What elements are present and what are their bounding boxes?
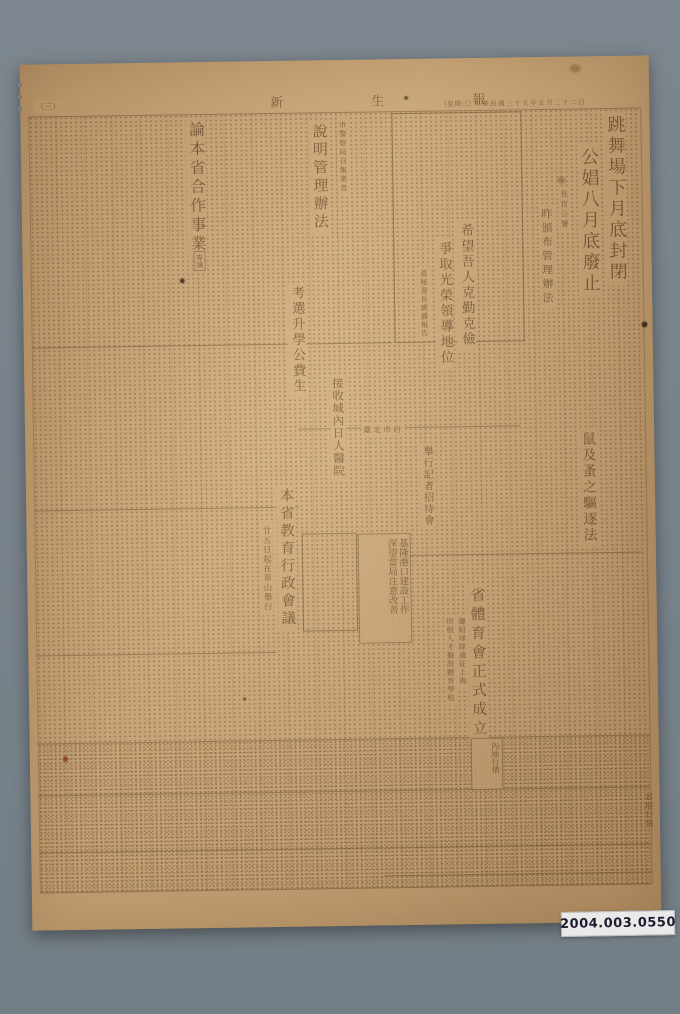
stain	[243, 697, 246, 700]
headline-hope-line2: 爭取光榮領導地位	[434, 238, 453, 368]
headline-sports-subhead2: 培植人才擬設體育學校	[444, 614, 457, 705]
mainland-market-header: 內地行情	[471, 738, 504, 790]
binder-notch	[18, 83, 22, 87]
headline-cooperation-title: 論本省合作事業	[185, 118, 207, 257]
headline-education-title: 本省教育行政會議	[276, 485, 297, 631]
headline-hope-line1: 希望吾人克勤克儉	[456, 220, 475, 350]
headline-education-subhead: 廿五日起在草山舉行	[259, 523, 273, 615]
headline-taipei-kicker: 臺北市府	[361, 423, 405, 437]
headline-dance-halls-subhead: 昨頒布管理辦法	[539, 205, 556, 309]
headline-hope-subhead: 葛秘書長廣播報告	[418, 267, 431, 341]
provincial-market-header: 省垣行情	[642, 789, 655, 831]
archive-label: 2004.003.0550	[561, 910, 675, 937]
headline-taipei-title: 舉行記者招待會	[420, 443, 436, 530]
headline-sports-title: 省體育會正式成立	[467, 584, 488, 742]
stain	[570, 64, 581, 72]
binder-notch	[18, 95, 22, 99]
headline-exam-title: 考選升學公費生	[287, 283, 306, 398]
boxed-notice	[302, 533, 358, 632]
headline-plague-title: 鼠及蚤之驅逐法	[579, 428, 599, 546]
headline-hospital-title: 接收城內日人醫院	[329, 374, 346, 480]
headline-explain-kicker: 市警察局召集業者	[336, 118, 349, 196]
stain	[404, 96, 408, 100]
headline-explain-title: 說明管理辦法	[309, 120, 330, 234]
cooperation-byline: 專論	[193, 251, 205, 271]
stain	[180, 278, 185, 283]
photo-of-archived-newspaper: { "archive_label": "2004.003.0550", "hea…	[0, 0, 680, 1014]
binder-notch	[18, 107, 22, 111]
headline-sports-subhead1: 籌組球隊遠征上海	[456, 614, 469, 688]
headline-keelung-line1: 基隆港口建設工作	[396, 538, 408, 638]
newspaper-sheet: （三） 新 生 報 （星期三） 中華民國三十五年五月二十二日 跳舞場下月底封閉 …	[20, 55, 662, 930]
headline-dance-halls-line2: 公娼八月底廢止	[577, 144, 601, 297]
red-stain	[63, 756, 68, 762]
headline-dance-halls-line1: 跳舞場下月底封閉	[603, 112, 628, 286]
headline-dance-halls-kicker: 長官公署	[557, 187, 570, 233]
page-number-marker: （三）	[34, 100, 62, 113]
headline-keelung-box: 基隆港口建設工作 深望當局注意改善	[358, 533, 413, 644]
stain	[641, 321, 647, 327]
headline-keelung-line2: 深望當局注意改善	[385, 538, 397, 638]
dateline: 中華民國三十五年五月二十二日	[472, 96, 588, 109]
